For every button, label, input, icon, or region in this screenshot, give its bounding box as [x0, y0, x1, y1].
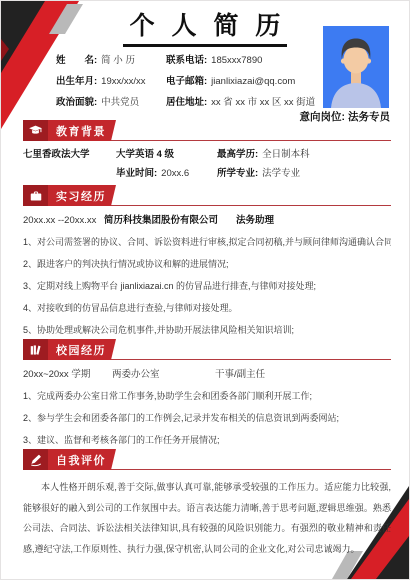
- section-self-evaluation: 自我评价 本人性格开朗乐观,善于交际,做事认真可靠,能够承受较强的工作压力。适应…: [23, 449, 391, 559]
- bullet-item: 3、定期对线上购物平台 jianlixiazai.cn 的仿冒品进行排查,与律师…: [23, 281, 391, 291]
- major: 所学专业:法学专业: [217, 168, 391, 179]
- bullet-item: 3、建议、监督和考核各部门的工作任务开展情况;: [23, 435, 391, 445]
- page-title: 个 人 简 历: [123, 12, 288, 47]
- certificate: 大学英语 4 级: [116, 149, 217, 160]
- address-value: xx 省 xx 市 xx 区 xx 街道: [211, 97, 315, 108]
- birth-value: 19xx/xx/xx: [101, 76, 145, 87]
- self-evaluation-text: 本人性格开朗乐观,善于交际,做事认真可靠,能够承受较强的工作压力。适应能力比较强…: [23, 477, 391, 559]
- avatar-illustration: [323, 26, 389, 108]
- bullet-item: 2、参与学生会和团委各部门的工作例会,记录并发布相关的信息资讯到两委网站;: [23, 413, 391, 423]
- email-label: 电子邮箱:: [166, 76, 207, 87]
- section-badge: 实习经历: [23, 185, 116, 206]
- books-icon: [23, 339, 48, 360]
- section-header: 校园经历: [23, 339, 391, 360]
- section-header: 实习经历: [23, 185, 391, 206]
- name-label: 姓 名:: [56, 55, 97, 66]
- birth-label: 出生年月:: [56, 76, 97, 87]
- section-title: 实习经历: [48, 185, 116, 206]
- bullet-item: 1、对公司需签署的协议、合同、诉讼资料进行审核,拟定合同初稿,并与顾问律师沟通确…: [23, 237, 391, 247]
- degree: 最高学历:全日制本科: [217, 149, 391, 160]
- bullet-item: 1、完成两委办公室日常工作事务,协助学生会和团委各部门顺利开展工作;: [23, 391, 391, 401]
- basic-info-row: 姓 名:简 小 历 联系电话:185xxx7890: [56, 55, 315, 66]
- internship-bullets: 1、对公司需签署的协议、合同、诉讼资料进行审核,拟定合同初稿,并与顾问律师沟通确…: [23, 237, 391, 335]
- section-title: 教育背景: [48, 120, 116, 141]
- internship-period: 20xx.xx --20xx.xx: [23, 215, 104, 226]
- basic-info-row: 出生年月:19xx/xx/xx 电子邮箱:jianlixiazai@qq.com: [56, 76, 315, 87]
- campus-bullets: 1、完成两委办公室日常工作事务,协助学生会和团委各部门顺利开展工作; 2、参与学…: [23, 391, 391, 445]
- section-header: 自我评价: [23, 449, 391, 470]
- briefcase-icon: [23, 185, 48, 206]
- section-badge: 教育背景: [23, 120, 116, 141]
- internship-role: 法务助理: [236, 215, 274, 226]
- section-campus: 校园经历 20xx~20xx 学期 两委办公室 干事/副主任 1、完成两委办公室…: [23, 339, 391, 457]
- internship-company: 简历科技集团股份有限公司: [104, 215, 218, 226]
- name-value: 简 小 历: [101, 55, 135, 66]
- graduation-cap-icon: [23, 120, 48, 141]
- basic-info: 姓 名:简 小 历 联系电话:185xxx7890 出生年月:19xx/xx/x…: [56, 55, 315, 118]
- internship-summary: 20xx.xx --20xx.xx 简历科技集团股份有限公司 法务助理: [23, 215, 391, 226]
- political-value: 中共党员: [101, 97, 139, 108]
- political-label: 政治面貌:: [56, 97, 97, 108]
- education-details: 七里香政法大学 大学英语 4 级 最高学历:全日制本科 毕业时间:20xx.6 …: [23, 149, 391, 179]
- profile-photo: [323, 26, 389, 108]
- email-value: jianlixiazai@qq.com: [211, 76, 295, 87]
- address-label: 居住地址:: [166, 97, 207, 108]
- bullet-item: 5、协助处理或解决公司危机事件,并协助开展法律风险相关知识培训;: [23, 325, 391, 335]
- school-name: 七里香政法大学: [23, 149, 116, 160]
- pen-icon: [23, 449, 48, 470]
- empty-cell: [23, 168, 116, 179]
- section-header: 教育背景: [23, 120, 391, 141]
- campus-summary: 20xx~20xx 学期 两委办公室 干事/副主任: [23, 369, 391, 380]
- section-badge: 校园经历: [23, 339, 116, 360]
- section-internship: 实习经历 20xx.xx --20xx.xx 简历科技集团股份有限公司 法务助理…: [23, 185, 391, 347]
- phone-label: 联系电话:: [166, 55, 207, 66]
- campus-period: 20xx~20xx 学期: [23, 369, 112, 380]
- bullet-item: 2、跟进客户的判决执行情况或协议和解的进展情况;: [23, 259, 391, 269]
- section-badge: 自我评价: [23, 449, 116, 470]
- section-title: 自我评价: [48, 449, 116, 470]
- graduation-date: 毕业时间:20xx.6: [116, 168, 217, 179]
- campus-organization: 两委办公室: [112, 369, 215, 380]
- bullet-item: 4、对接收到的仿冒品信息进行查验,与律师对接处理。: [23, 303, 391, 313]
- section-education: 教育背景 七里香政法大学 大学英语 4 级 最高学历:全日制本科 毕业时间:20…: [23, 120, 391, 179]
- phone-value: 185xxx7890: [211, 55, 262, 66]
- basic-info-row: 政治面貌:中共党员 居住地址:xx 省 xx 市 xx 区 xx 街道: [56, 97, 315, 108]
- resume-page: 个 人 简 历 意向岗位:法务专员 姓 名:简 小 历 联系电话:185xxx7…: [0, 0, 410, 580]
- section-title: 校园经历: [48, 339, 116, 360]
- campus-role: 干事/副主任: [215, 369, 265, 380]
